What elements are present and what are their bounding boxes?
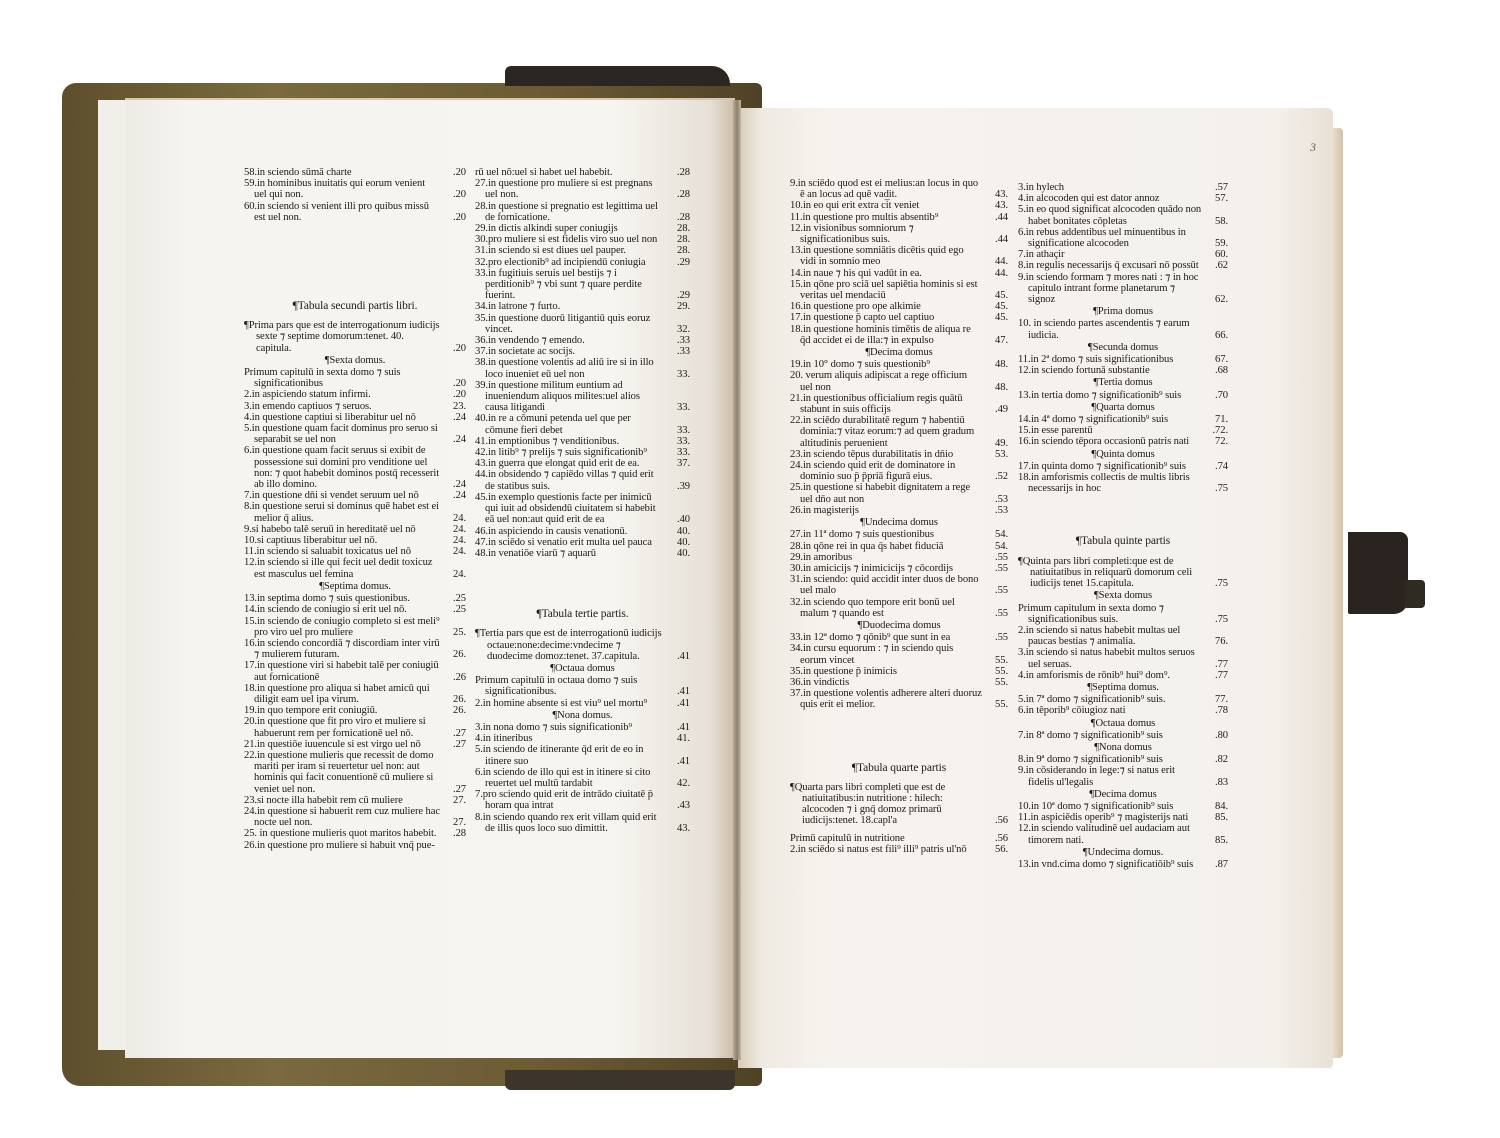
- entry-text: 43.in guerra que elongat quid erit de ea…: [475, 458, 639, 469]
- index-entry: 31.in sciendo si est diues uel pauper.28…: [475, 245, 690, 256]
- left-page-column-2: rū uel nō:uel si habet uel habebit..2827…: [475, 167, 690, 834]
- entry-text: 47.in sciēdo si venatio erit multa uel p…: [475, 537, 652, 548]
- index-entry: 28.in questione si pregnatio est legitti…: [475, 201, 690, 223]
- entry-text: 42.in litib⁹ ⁊ prelijs ⁊ suis significat…: [475, 447, 647, 458]
- entry-page-number: .72.: [1213, 425, 1229, 436]
- entry-text: 44.in obsidendo ⁊ capiēdo villas ⁊ quid …: [475, 469, 654, 491]
- entry-text: 29.in dictis alkindi super coniugijs: [475, 223, 618, 234]
- entry-page-number: .24: [453, 490, 466, 501]
- entry-text: 11.in questione pro multis absentib⁹: [790, 212, 938, 223]
- entry-page-number: .28: [453, 828, 466, 839]
- entry-page-number: 29.: [677, 301, 690, 312]
- index-entry: 15.in sciendo de coniugio completo si es…: [244, 616, 466, 638]
- index-entry: 32.pro electionib⁹ ad incipiendū coniugi…: [475, 257, 690, 268]
- index-entry: 22.in sciēdo durabilitatē regum ⁊ habent…: [790, 415, 1008, 449]
- entry-page-number: 40.: [677, 537, 690, 548]
- intro-text: Quinta pars libri completi:que est de na…: [1023, 556, 1192, 589]
- right-page-column-2: 3.in hylech.574.in alcocoden qui est dat…: [1018, 182, 1228, 870]
- table-title-text: Tabula quarte partis: [857, 762, 946, 774]
- entry-page-number: .80: [1215, 730, 1228, 741]
- entry-text: 7.in athaçir: [1018, 249, 1064, 260]
- entry-text: 6.in rebus addentibus uel minuentibus in…: [1018, 227, 1186, 249]
- entry-text: 59.in hominibus inuitatis qui eorum veni…: [244, 178, 425, 200]
- entry-text: 7.in questione dn̄i si vendet seruum uel…: [244, 490, 419, 501]
- index-entry: 3.in sciendo si natus habebit multos ser…: [1018, 647, 1228, 669]
- entry-text: 19.in 10° domo ⁊ suis questionib⁹: [790, 359, 930, 370]
- entry-page-number: .33: [677, 346, 690, 357]
- entry-page-number: .20: [453, 389, 466, 400]
- index-entry: 36.in vendendo ⁊ emendo..33: [475, 335, 690, 346]
- entry-page-number: 55.: [995, 666, 1008, 677]
- entry-text: 4.in amforismis de rōnib⁹ hui⁹ dom⁹.: [1018, 670, 1170, 681]
- entry-page-number: .20: [453, 167, 466, 178]
- index-entry: 10.in eo qui erit extra ci̅t veniet43.: [790, 200, 1008, 211]
- index-entry: 27.in 11ª domo ⁊ suis questionibus54.: [790, 529, 1008, 540]
- entry-page-number: .53: [995, 494, 1008, 505]
- entry-page-number: .78: [1215, 705, 1228, 716]
- entry-text: 32.in sciendo quo tempore erit bonū uel …: [790, 597, 955, 619]
- spacer: [790, 774, 1008, 782]
- index-entry: 58.in sciendo sūmā charte.20: [244, 167, 466, 178]
- entry-page-number: 45.: [995, 301, 1008, 312]
- entry-text: 8.in 9ª domo ⁊ significationib⁹ suis: [1018, 754, 1163, 765]
- part-intro: ¶Tertia pars que est de interrogationū i…: [475, 628, 690, 662]
- entry-text: 12.in sciendo si ille qui fecit uel dedi…: [244, 557, 432, 579]
- entry-text: 5.in questione quam facit dominus pro se…: [244, 423, 438, 445]
- entry-page-number: 32.: [677, 324, 690, 335]
- heading-text: Sexta domus: [1099, 590, 1152, 601]
- entry-page-number: .83: [1215, 777, 1228, 788]
- section-heading: ¶Decima domus: [1018, 789, 1228, 800]
- index-entry: 9.si habebo talē seruū in hereditatē uel…: [244, 524, 466, 535]
- spacer: [1018, 548, 1228, 556]
- index-entry: Primum capitulū in sexta domo ⁊ suis sig…: [244, 367, 466, 389]
- entry-text: 30.pro muliere si est fidelis viro suo u…: [475, 234, 657, 245]
- table-title: ¶Tabula tertie partis.: [475, 609, 690, 620]
- entry-text: 32.pro electionib⁹ ad incipiendū coniugi…: [475, 257, 646, 268]
- section-heading: ¶Undecima domus.: [1018, 847, 1228, 858]
- entry-text: 4.in itineribus: [475, 733, 532, 744]
- entry-page-number: 40.: [677, 548, 690, 559]
- index-entry: 8.in sciendo quando rex erit villam quid…: [475, 812, 690, 834]
- table-title: ¶Tabula secundi partis libri.: [244, 301, 466, 312]
- heading-text: Quinta domus: [1096, 449, 1155, 460]
- section-heading: ¶Tertia domus: [1018, 377, 1228, 388]
- entry-text: 4.in alcocoden qui est dator annoz: [1018, 193, 1159, 204]
- index-entry: 16.in sciendo concordiā ⁊ discordiam int…: [244, 638, 466, 660]
- table-title-text: Tabula tertie partis.: [542, 608, 629, 620]
- entry-page-number: 24.: [453, 513, 466, 524]
- entry-page-number: 55.: [995, 699, 1008, 710]
- entry-text: 41.in emptionibus ⁊ venditionibus.: [475, 436, 619, 447]
- index-entry: 2.in sciendo si natus habebit multas uel…: [1018, 625, 1228, 647]
- index-entry: 13.in septima domo ⁊ suis questionibus..…: [244, 593, 466, 604]
- entry-text: 7.pro sciendo quid erit de intrādo ciuit…: [475, 789, 653, 811]
- entry-page-number: .53: [995, 505, 1008, 516]
- heading-text: Decima domus: [870, 347, 933, 358]
- section-heading: ¶Quinta domus: [1018, 449, 1228, 460]
- entry-text: 26.in magisterijs: [790, 505, 859, 516]
- entry-page-number: .87: [1215, 859, 1228, 870]
- index-entry: 7.in questione dn̄i si vendet seruum uel…: [244, 490, 466, 501]
- entry-page-number: 26.: [453, 694, 466, 705]
- entry-text: 13.in vnd.cima domo ⁊ significatiōib⁹ su…: [1018, 859, 1193, 870]
- section-heading: ¶Duodecima domus: [790, 620, 1008, 631]
- table-title-text: Tabula quinte partis: [1081, 535, 1170, 547]
- index-entry: 3.in emendo captiuos ⁊ seruos.23.: [244, 401, 466, 412]
- entry-text: 27.in 11ª domo ⁊ suis questionibus: [790, 529, 934, 540]
- index-entry: 37.in societate ac socijs..33: [475, 346, 690, 357]
- entry-text: 10.si captiuus liberabitur uel nō.: [244, 535, 377, 546]
- intro-page-number: .41: [677, 651, 690, 662]
- index-entry: 28.in qōne rei in qua q̄s habet fiduciā5…: [790, 541, 1008, 552]
- index-entry: 16.in questione pro ope alkimie45.: [790, 301, 1008, 312]
- entry-page-number: 24.: [453, 524, 466, 535]
- entry-text: 20.in questione que fit pro viro et muli…: [244, 716, 426, 738]
- left-page-column-1: 58.in sciendo sūmā charte.2059.in homini…: [244, 167, 466, 851]
- index-entry: 33.in 12ª domo ⁊ qōnib⁹ que sunt in ea.5…: [790, 632, 1008, 643]
- entry-page-number: 49.: [995, 438, 1008, 449]
- heading-text: Decima domus: [1094, 789, 1157, 800]
- book-gutter: [733, 100, 741, 1060]
- entry-text: 10.in eo qui erit extra ci̅t veniet: [790, 200, 919, 211]
- entry-text: 30.in amicicijs ⁊ inimicicijs ⁊ cōcordij…: [790, 563, 953, 574]
- index-entry: 12.in visionibus somniorum ⁊ significati…: [790, 223, 1008, 245]
- index-entry: 13.in questione somniātis dicētis quid e…: [790, 245, 1008, 267]
- index-entry: 11.in 2ª domo ⁊ suis significationibus67…: [1018, 354, 1228, 365]
- section-heading: ¶Decima domus: [790, 347, 1008, 358]
- entry-text: 45.in exemplo questionis facte per inimi…: [475, 492, 656, 525]
- index-entry: 46.in aspiciendo in causis venationū.40.: [475, 526, 690, 537]
- entry-text: 8.in questione serui si dominus quē habe…: [244, 501, 439, 523]
- entry-page-number: 84.: [1215, 801, 1228, 812]
- entry-page-number: 33.: [677, 436, 690, 447]
- index-entry: 32.in sciendo quo tempore erit bonū uel …: [790, 597, 1008, 619]
- entry-text: 7.in 8ª domo ⁊ significationib⁹ suis: [1018, 730, 1163, 741]
- entry-text: 11.in 2ª domo ⁊ suis significationibus: [1018, 354, 1173, 365]
- entry-page-number: .29: [677, 290, 690, 301]
- index-entry: 4.in alcocoden qui est dator annoz57.: [1018, 193, 1228, 204]
- entry-text: 18.in questione pro aliqua si habet amic…: [244, 683, 430, 705]
- entry-text: 23.si nocte illa habebit rem cū muliere: [244, 795, 403, 806]
- index-entry: 15.in esse parentū.72.: [1018, 425, 1228, 436]
- entry-page-number: 43.: [995, 189, 1008, 200]
- index-entry: 21.in questionibus officialium regis quā…: [790, 393, 1008, 415]
- heading-text: Undecima domus: [865, 517, 938, 528]
- entry-page-number: .62: [1215, 260, 1228, 271]
- index-entry: 19.in quo tempore erit coniugiū.26.: [244, 705, 466, 716]
- entry-page-number: 57.: [1215, 193, 1228, 204]
- entry-text: 35.in questione p̄ inimicis: [790, 666, 897, 677]
- entry-page-number: 41.: [677, 733, 690, 744]
- spacer: [475, 559, 690, 609]
- index-entry: 26.in magisterijs.53: [790, 505, 1008, 516]
- entry-page-number: .25: [453, 604, 466, 615]
- entry-page-number: 60.: [1215, 249, 1228, 260]
- index-entry: 60.in sciendo si venient illi pro quibus…: [244, 201, 466, 223]
- entry-page-number: .29: [677, 257, 690, 268]
- index-entry: 22.in questione mulieris que recessit de…: [244, 750, 466, 795]
- index-entry: 27.in questione pro muliere si est pregn…: [475, 178, 690, 200]
- entry-text: 46.in aspiciendo in causis venationū.: [475, 526, 627, 537]
- index-entry: 4.in questione captiui si liberabitur ue…: [244, 412, 466, 423]
- entry-page-number: .44: [995, 212, 1008, 223]
- index-entry: 14.in naue ⁊ his qui vadūt in ea.44.: [790, 268, 1008, 279]
- index-entry: 5.in 7ª domo ⁊ significationib⁹ suis.77.: [1018, 694, 1228, 705]
- entry-page-number: 58.: [1215, 216, 1228, 227]
- entry-page-number: 55.: [995, 655, 1008, 666]
- entry-text: 4.in questione captiui si liberabitur ue…: [244, 412, 416, 423]
- index-entry: 12.in sciendo si ille qui fecit uel dedi…: [244, 557, 466, 579]
- entry-text: 10. in sciendo partes ascendentis ⁊ earu…: [1018, 318, 1190, 340]
- part-intro: ¶Prima pars que est de interrogationum i…: [244, 320, 466, 354]
- heading-text: Secunda domus: [1093, 342, 1159, 353]
- heading-text: Duodecima domus: [862, 620, 940, 631]
- index-entry: 17.in quinta domo ⁊ significationib⁹ sui…: [1018, 461, 1228, 472]
- entry-text: 15.in esse parentū: [1018, 425, 1092, 436]
- entry-page-number: 33.: [677, 425, 690, 436]
- heading-text: Quarta domus: [1096, 402, 1155, 413]
- index-entry: 7.in athaçir60.: [1018, 249, 1228, 260]
- entry-text: 19.in quo tempore erit coniugiū.: [244, 705, 377, 716]
- index-entry: 7.in 8ª domo ⁊ significationib⁹ suis.80: [1018, 730, 1228, 741]
- index-entry: 20.in questione que fit pro viro et muli…: [244, 716, 466, 738]
- index-entry: 10.si captiuus liberabitur uel nō.24.: [244, 535, 466, 546]
- entry-page-number: .20: [453, 212, 466, 223]
- index-entry: 42.in litib⁹ ⁊ prelijs ⁊ suis significat…: [475, 447, 690, 458]
- section-heading: ¶Secunda domus: [1018, 342, 1228, 353]
- index-entry: 26.in questione pro muliere si habuit vn…: [244, 840, 466, 851]
- entry-text: 29.in amoribus: [790, 552, 852, 563]
- page-edges: [1333, 128, 1343, 1058]
- right-page-column-1: 9.in sciēdo quod est ei melius:an locus …: [790, 178, 1008, 855]
- heading-text: Octaua domus: [555, 663, 615, 674]
- section-heading: ¶Nona domus: [1018, 742, 1228, 753]
- entry-text: 38.in questione volentis ad aliū ire si …: [475, 357, 654, 379]
- entry-text: 16.in sciendo tēpora occasionū patris na…: [1018, 436, 1189, 447]
- entry-text: 13.in tertia domo ⁊ significationib⁹ sui…: [1018, 390, 1181, 401]
- intro-text: Tertia pars que est de interrogationū iu…: [480, 628, 662, 661]
- entry-page-number: .24: [453, 434, 466, 445]
- entry-text: 18.in amforismis collectis de multis lib…: [1018, 472, 1190, 494]
- entry-text: 25.in questione si habebit dignitatem a …: [790, 482, 970, 504]
- part-intro: ¶Quinta pars libri completi:que est de n…: [1018, 556, 1228, 590]
- entry-page-number: .41: [677, 686, 690, 697]
- entry-page-number: .70: [1215, 390, 1228, 401]
- part-intro: ¶Quarta pars libri completi que est de n…: [790, 782, 1008, 827]
- index-entry: 29.in amoribus.55: [790, 552, 1008, 563]
- index-entry: 11.in sciendo si saluabit toxicatus uel …: [244, 546, 466, 557]
- entry-text: 17.in questione viri si habebit talē per…: [244, 660, 439, 682]
- heading-text: Undecima domus.: [1088, 847, 1164, 858]
- entry-text: 24.in sciendo quid erit de dominatore in…: [790, 460, 955, 482]
- index-entry: 9.in sciēdo quod est ei melius:an locus …: [790, 178, 1008, 200]
- entry-page-number: 48.: [995, 382, 1008, 393]
- entry-text: 14.in 4ª domo ⁊ significationib⁹ suis: [1018, 414, 1168, 425]
- entry-text: rū uel nō:uel si habet uel habebit.: [475, 167, 612, 178]
- index-entry: 11.in questione pro multis absentib⁹.44: [790, 212, 1008, 223]
- index-entry: 23.si nocte illa habebit rem cū muliere2…: [244, 795, 466, 806]
- entry-page-number: .55: [995, 608, 1008, 619]
- section-heading: ¶Sexta domus: [1018, 590, 1228, 601]
- entry-page-number: 48.: [995, 359, 1008, 370]
- entry-text: 26.in questione pro muliere si habuit vn…: [244, 840, 435, 851]
- entry-text: Primum capitulum in sexta domo ⁊ signifi…: [1018, 603, 1164, 625]
- entry-page-number: .56: [995, 833, 1008, 844]
- entry-page-number: .26: [453, 672, 466, 683]
- cover-flap-bottom: [505, 1070, 735, 1090]
- entry-page-number: .68: [1215, 365, 1228, 376]
- index-entry: 9.in cōsiderando in lege:⁊ si natus erit…: [1018, 765, 1228, 787]
- entry-text: 3.in hylech: [1018, 182, 1064, 193]
- index-entry: 40.in re a cōmuni petenda uel que per cō…: [475, 413, 690, 435]
- entry-page-number: 71.: [1215, 414, 1228, 425]
- entry-page-number: .77: [1215, 659, 1228, 670]
- entry-page-number: .77: [1215, 670, 1228, 681]
- index-entry: 21.in questiōe iuuencule si est virgo ue…: [244, 739, 466, 750]
- entry-page-number: 37.: [677, 458, 690, 469]
- entry-page-number: .55: [995, 563, 1008, 574]
- entry-page-number: .20: [453, 189, 466, 200]
- index-entry: 6.in tēporib⁹ cōiugioz nati.78: [1018, 705, 1228, 716]
- entry-page-number: .40: [677, 514, 690, 525]
- entry-page-number: 67.: [1215, 354, 1228, 365]
- entry-text: 9.in cōsiderando in lege:⁊ si natus erit…: [1018, 765, 1175, 787]
- entry-text: 2.in aspiciendo statum infirmi.: [244, 389, 371, 400]
- heading-text: Tertia domus: [1098, 377, 1152, 388]
- index-entry: 37.in questione volentis adherere alteri…: [790, 688, 1008, 710]
- entry-page-number: .82: [1215, 754, 1228, 765]
- entry-text: 6.in tēporib⁹ cōiugioz nati: [1018, 705, 1126, 716]
- index-entry: 35.in questione duorū litigantiū quis eo…: [475, 313, 690, 335]
- entry-page-number: .33: [677, 335, 690, 346]
- entry-page-number: 85.: [1215, 835, 1228, 846]
- entry-page-number: 26.: [453, 649, 466, 660]
- intro-page-number: .56: [995, 815, 1008, 826]
- entry-page-number: .27: [453, 784, 466, 795]
- entry-text: 14.in naue ⁊ his qui vadūt in ea.: [790, 268, 922, 279]
- entry-text: 11.in sciendo si saluabit toxicatus uel …: [244, 546, 411, 557]
- entry-text: 16.in sciendo concordiā ⁊ discordiam int…: [244, 638, 440, 660]
- entry-page-number: 24.: [453, 569, 466, 580]
- entry-text: 36.in vendendo ⁊ emendo.: [475, 335, 585, 346]
- entry-page-number: 77.: [1215, 694, 1228, 705]
- entry-page-number: .24: [453, 412, 466, 423]
- entry-text: 37.in societate ac socijs.: [475, 346, 575, 357]
- index-entry: 44.in obsidendo ⁊ capiēdo villas ⁊ quid …: [475, 469, 690, 491]
- entry-page-number: 55.: [995, 677, 1008, 688]
- index-entry: Primum capitulū in octaua domo ⁊ suis si…: [475, 675, 690, 697]
- entry-page-number: 45.: [995, 312, 1008, 323]
- index-entry: 4.in amforismis de rōnib⁹ hui⁹ dom⁹..77: [1018, 670, 1228, 681]
- entry-text: 6.in questione quam facit seruus si exib…: [244, 445, 439, 490]
- entry-page-number: 28.: [677, 223, 690, 234]
- index-entry: 29.in dictis alkindi super coniugijs28.: [475, 223, 690, 234]
- entry-text: 15.in sciendo de coniugio completo si es…: [244, 616, 440, 638]
- entry-text: 58.in sciendo sūmā charte: [244, 167, 352, 178]
- entry-page-number: 56.: [995, 844, 1008, 855]
- index-entry: Primum capitulum in sexta domo ⁊ signifi…: [1018, 603, 1228, 625]
- index-entry: 6.in rebus addentibus uel minuentibus in…: [1018, 227, 1228, 249]
- intro-page-number: .20: [453, 343, 466, 354]
- index-entry: 34.in cursu equorum : ⁊ in sciendo quis …: [790, 643, 1008, 665]
- entry-page-number: 76.: [1215, 636, 1228, 647]
- entry-page-number: .41: [677, 756, 690, 767]
- entry-page-number: .75: [1215, 614, 1228, 625]
- entry-page-number: .74: [1215, 461, 1228, 472]
- entry-text: 12.in sciendo valitudinē uel audaciam au…: [1018, 823, 1190, 845]
- entry-page-number: 44.: [995, 268, 1008, 279]
- index-entry: 59.in hominibus inuitatis qui eorum veni…: [244, 178, 466, 200]
- entry-text: 2.in sciēdo si natus est fili⁹ illi⁹ pat…: [790, 844, 967, 855]
- index-entry: 30.pro muliere si est fidelis viro suo u…: [475, 234, 690, 245]
- cover-flap-top: [505, 66, 730, 86]
- heading-text: Nona domus.: [557, 710, 612, 721]
- entry-text: 11.in aspiciēdis operib⁹ ⁊ magisterijs n…: [1018, 812, 1188, 823]
- intro-text: Prima pars que est de interrogationum iu…: [249, 320, 440, 353]
- index-entry: 16.in sciendo tēpora occasionū patris na…: [1018, 436, 1228, 447]
- table-title-text: Tabula secundi partis libri.: [298, 300, 418, 312]
- spacer: [244, 312, 466, 320]
- clasp-strap: [1348, 532, 1408, 614]
- heading-text: Septima domus.: [1092, 682, 1159, 693]
- entry-page-number: 72.: [1215, 436, 1228, 447]
- entry-text: 22.in questione mulieris que recessit de…: [244, 750, 433, 795]
- entry-text: 3.in nona domo ⁊ suis significationib⁹: [475, 722, 632, 733]
- entry-page-number: .27: [453, 728, 466, 739]
- entry-text: 23.in sciendo tēpus durabilitatis in dn̄…: [790, 449, 953, 460]
- entry-page-number: .57: [1215, 182, 1228, 193]
- entry-page-number: 54.: [995, 529, 1008, 540]
- section-heading: ¶Octaua domus: [1018, 718, 1228, 729]
- index-entry: 17.in questione p̄ capto uel captiuo45.: [790, 312, 1008, 323]
- entry-page-number: 43.: [677, 823, 690, 834]
- entry-page-number: 23.: [453, 401, 466, 412]
- index-entry: rū uel nō:uel si habet uel habebit..28: [475, 167, 690, 178]
- section-heading: ¶Septima domus.: [244, 581, 466, 592]
- index-entry: 10.in 10ª domo ⁊ significationib⁹ suis84…: [1018, 801, 1228, 812]
- entry-text: 5.in 7ª domo ⁊ significationib⁹ suis.: [1018, 694, 1165, 705]
- index-entry: 41.in emptionibus ⁊ venditionibus.33.: [475, 436, 690, 447]
- entry-page-number: 33.: [677, 447, 690, 458]
- spacer: [244, 223, 466, 301]
- folio-number: 3: [1310, 140, 1316, 155]
- index-entry: 10. in sciendo partes ascendentis ⁊ earu…: [1018, 318, 1228, 340]
- index-entry: 5.in sciendo de itinerante q̄d erit de e…: [475, 744, 690, 766]
- heading-text: Sexta domus.: [329, 355, 385, 366]
- index-entry: 2.in aspiciendo statum infirmi..20: [244, 389, 466, 400]
- index-entry: 35.in questione p̄ inimicis55.: [790, 666, 1008, 677]
- entry-text: 8.in sciendo quando rex erit villam quid…: [475, 812, 656, 834]
- entry-text: 33.in fugitiuis seruis uel bestijs ⁊ i p…: [475, 268, 642, 301]
- entry-page-number: .41: [677, 698, 690, 709]
- spacer: [475, 620, 690, 628]
- index-entry: 45.in exemplo questionis facte per inimi…: [475, 492, 690, 526]
- index-entry: 15.in qōne pro sciā uel sapiētia hominis…: [790, 279, 1008, 301]
- entry-text: 36.in vindictis: [790, 677, 849, 688]
- entry-text: Primum capitulū in sexta domo ⁊ suis sig…: [244, 367, 400, 389]
- entry-page-number: 45.: [995, 290, 1008, 301]
- index-entry: 6.in questione quam facit seruus si exib…: [244, 445, 466, 490]
- entry-text: 34.in cursu equorum : ⁊ in sciendo quis …: [790, 643, 953, 665]
- index-entry: 33.in fugitiuis seruis uel bestijs ⁊ i p…: [475, 268, 690, 302]
- entry-page-number: .28: [677, 189, 690, 200]
- entry-text: 40.in re a cōmuni petenda uel que per cō…: [475, 413, 631, 435]
- entry-page-number: .25: [453, 593, 466, 604]
- entry-page-number: .49: [995, 404, 1008, 415]
- entry-page-number: 53.: [995, 449, 1008, 460]
- entry-page-number: 59.: [1215, 238, 1228, 249]
